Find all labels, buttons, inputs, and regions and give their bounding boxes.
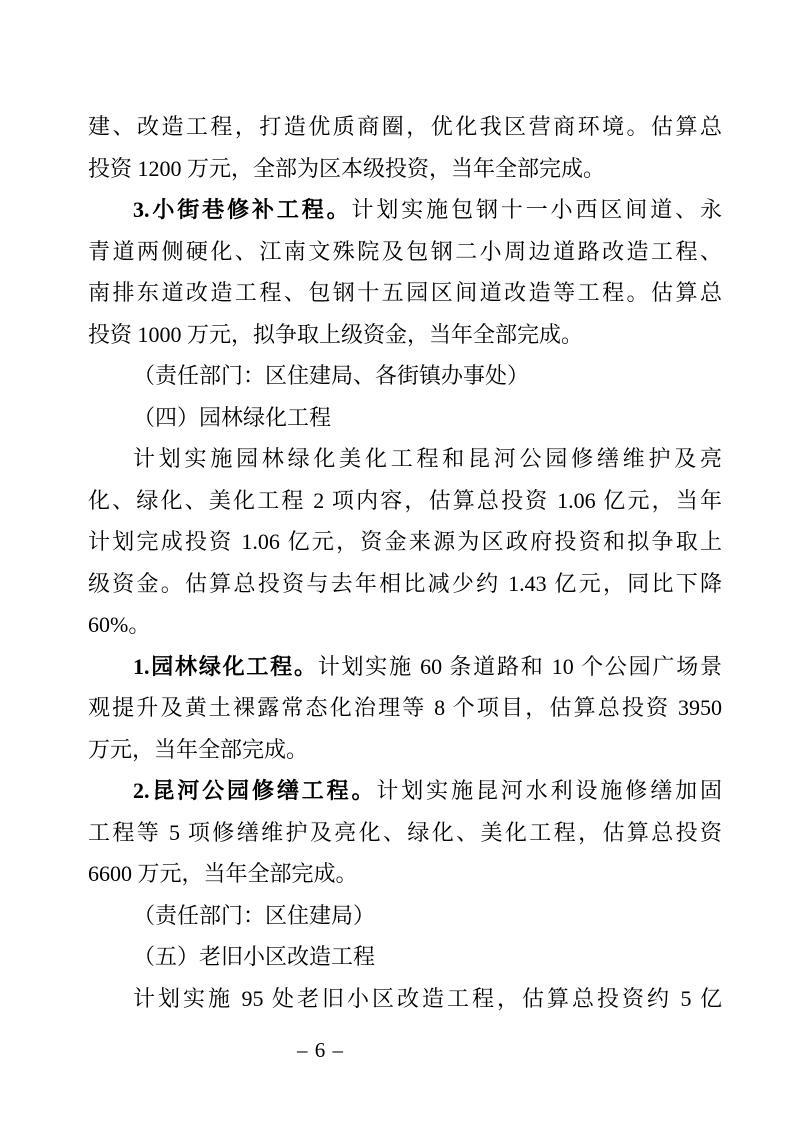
text-line: 工程等 5 项修缮维护及亮化、绿化、美化工程，估算总投资 [88,812,722,854]
text-line: 计划完成投资 1.06 亿元，资金来源为区政府投资和拟争取上 [88,521,722,563]
document-page: 建、改造工程，打造优质商圈，优化我区营商环境。估算总投资 1200 万元，全部为… [0,0,793,1122]
text-run: （四）园林绿化工程 [133,405,331,430]
text-run: 南排东道改造工程、包钢十五园区间道改造等工程。估算总 [88,280,722,305]
text-line: 级资金。估算总投资与去年相比减少约 1.43 亿元，同比下降 [88,563,722,605]
text-run: 计划实施 95 处老旧小区改造工程，估算总投资约 5 亿 [133,986,722,1011]
text-line: 万元，当年全部完成。 [88,729,722,771]
text-line: 南排东道改造工程、包钢十五园区间道改造等工程。估算总 [88,272,722,314]
text-line: 投资 1000 万元，拟争取上级资金，当年全部完成。 [88,314,722,356]
bold-heading-run: 2.昆河公园修缮工程。 [133,778,376,803]
text-line: 青道两侧硬化、江南文殊院及包钢二小周边道路改造工程、 [88,231,722,273]
text-line: 2.昆河公园修缮工程。计划实施昆河水利设施修缮加固 [88,770,722,812]
text-run: （五）老旧小区改造工程 [133,944,375,969]
bold-heading-run: 1.园林绿化工程。 [133,654,318,679]
text-line: 建、改造工程，打造优质商圈，优化我区营商环境。估算总 [88,106,722,148]
text-run: 万元，当年全部完成。 [88,737,308,762]
text-run: 级资金。估算总投资与去年相比减少约 1.43 亿元，同比下降 [88,571,722,596]
text-line: （四）园林绿化工程 [88,397,722,439]
text-run: 计划实施包钢十一小西区间道、永 [352,197,722,222]
text-line: 计划实施园林绿化美化工程和昆河公园修缮维护及亮 [88,438,722,480]
text-run: 观提升及黄土裸露常态化治理等 8 个项目，估算总投资 3950 [88,695,722,720]
text-run: （责任部门：区住建局） [133,903,375,928]
text-run: 6600 万元，当年全部完成。 [88,861,358,886]
text-line: 3.小街巷修补工程。计划实施包钢十一小西区间道、永 [88,189,722,231]
text-run: 化、绿化、美化工程 2 项内容，估算总投资 1.06 亿元，当年 [88,488,722,513]
text-run: （责任部门：区住建局、各街镇办事处） [133,363,529,388]
text-line: 计划实施 95 处老旧小区改造工程，估算总投资约 5 亿 [88,978,722,1020]
text-run: 计划实施昆河水利设施修缮加固 [376,778,722,803]
text-run: 计划实施 60 条道路和 10 个公园广场景 [318,654,722,679]
page-number: – 6 – [297,1038,344,1062]
text-line: （责任部门：区住建局） [88,895,722,937]
text-run: 工程等 5 项修缮维护及亮化、绿化、美化工程，估算总投资 [88,820,722,845]
document-body: 建、改造工程，打造优质商圈，优化我区营商环境。估算总投资 1200 万元，全部为… [88,106,722,1019]
text-line: 化、绿化、美化工程 2 项内容，估算总投资 1.06 亿元，当年 [88,480,722,522]
text-line: （责任部门：区住建局、各街镇办事处） [88,355,722,397]
text-run: 计划完成投资 1.06 亿元，资金来源为区政府投资和拟争取上 [88,529,722,554]
text-line: 观提升及黄土裸露常态化治理等 8 个项目，估算总投资 3950 [88,687,722,729]
text-line: 投资 1200 万元，全部为区本级投资，当年全部完成。 [88,148,722,190]
text-run: 60%。 [88,612,150,637]
text-run: 计划实施园林绿化美化工程和昆河公园修缮维护及亮 [133,446,722,471]
text-line: 6600 万元，当年全部完成。 [88,853,722,895]
text-run: 青道两侧硬化、江南文殊院及包钢二小周边道路改造工程、 [88,239,722,264]
text-run: 投资 1200 万元，全部为区本级投资，当年全部完成。 [88,156,605,181]
text-run: 投资 1000 万元，拟争取上级资金，当年全部完成。 [88,322,583,347]
text-line: （五）老旧小区改造工程 [88,936,722,978]
text-line: 1.园林绿化工程。计划实施 60 条道路和 10 个公园广场景 [88,646,722,688]
text-run: 建、改造工程，打造优质商圈，优化我区营商环境。估算总 [88,114,722,139]
text-line: 60%。 [88,604,722,646]
bold-heading-run: 3.小街巷修补工程。 [133,197,352,222]
